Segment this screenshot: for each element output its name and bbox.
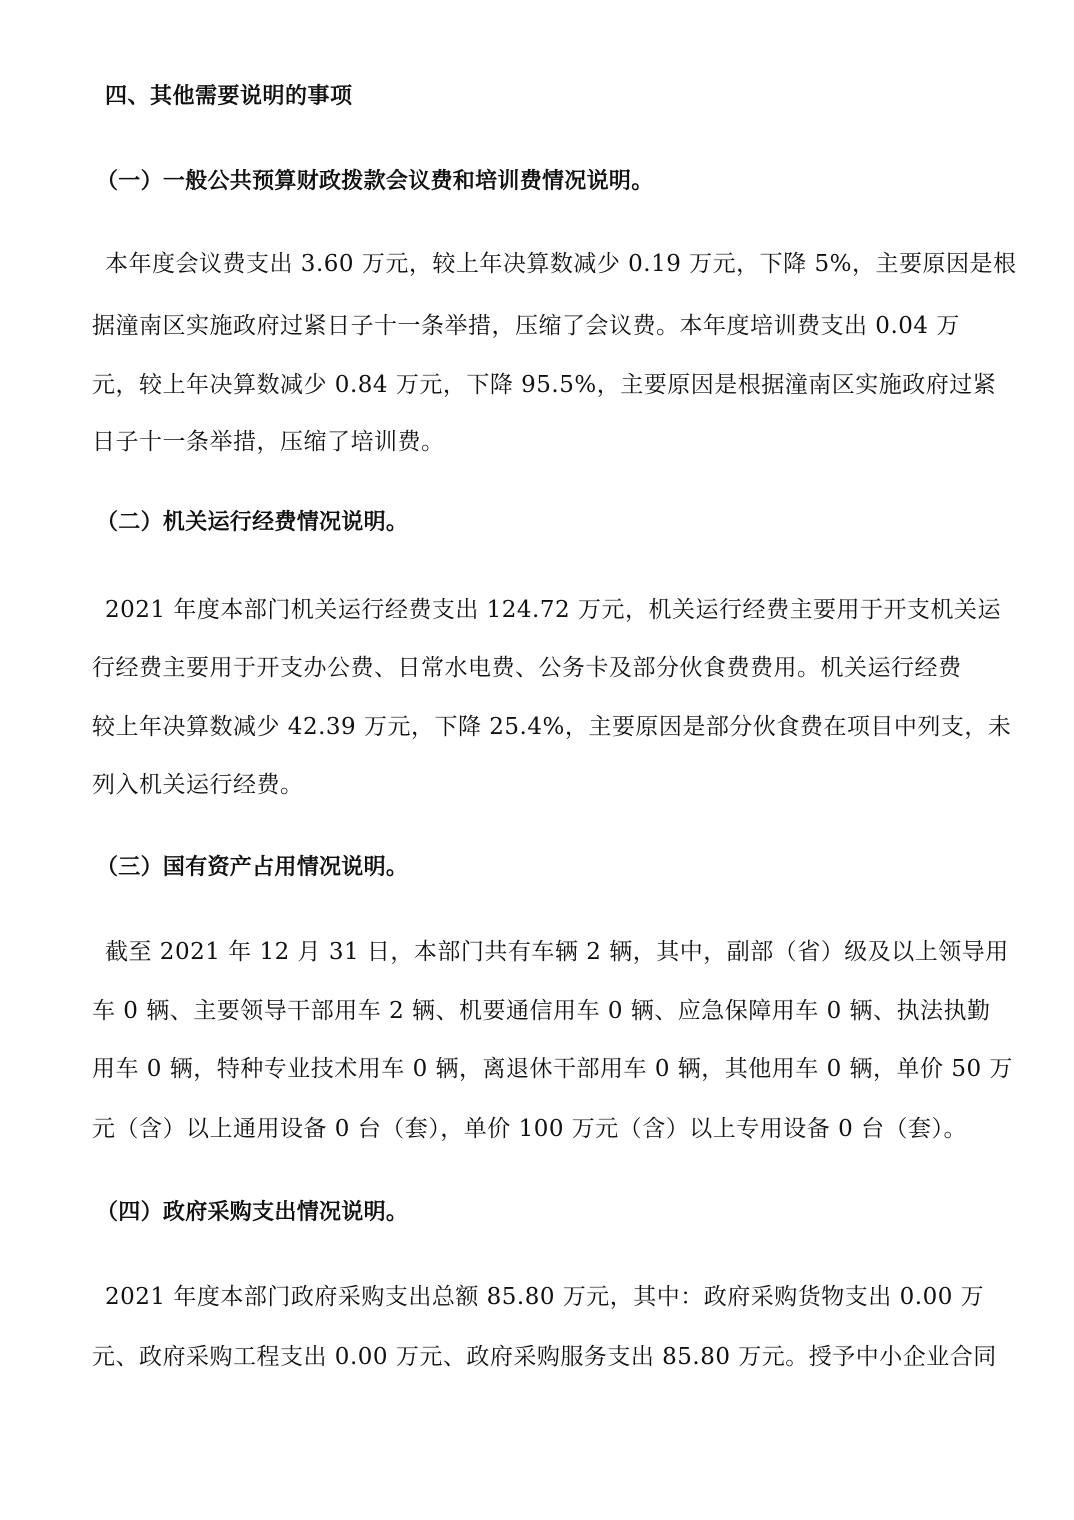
paragraph-line: 车 0 辆、主要领导干部用车 2 辆、机要通信用车 0 辆、应急保障用车 0 辆…	[92, 996, 991, 1026]
paragraph-line: 据潼南区实施政府过紧日子十一条举措，压缩了会议费。本年度培训费支出 0.04 万	[92, 311, 960, 341]
subsection-heading-procurement: （四）政府采购支出情况说明。	[96, 1198, 408, 1228]
paragraph-line: 本年度会议费支出 3.60 万元，较上年决算数减少 0.19 万元，下降 5%，…	[105, 249, 1016, 279]
paragraph-line: 元，较上年决算数减少 0.84 万元，下降 95.5%，主要原因是根据潼南区实施…	[92, 370, 996, 400]
paragraph-line: 行经费主要用于开支办公费、日常水电费、公务卡及部分伙食费费用。机关运行经费	[92, 653, 962, 683]
paragraph-line: 截至 2021 年 12 月 31 日，本部门共有车辆 2 辆，其中，副部（省）…	[105, 937, 1009, 967]
subsection-heading-operating-expenses: （二）机关运行经费情况说明。	[96, 508, 408, 538]
paragraph-line: 2021 年度本部门机关运行经费支出 124.72 万元，机关运行经费主要用于开…	[105, 595, 1001, 625]
subsection-heading-meeting-training: （一）一般公共预算财政拨款会议费和培训费情况说明。	[96, 167, 654, 197]
paragraph-line: 日子十一条举措，压缩了培训费。	[92, 427, 445, 457]
section-title: 四、其他需要说明的事项	[105, 82, 353, 112]
document-page: 四、其他需要说明的事项 （一）一般公共预算财政拨款会议费和培训费情况说明。 本年…	[0, 0, 1074, 1520]
subsection-heading-state-assets: （三）国有资产占用情况说明。	[96, 853, 408, 883]
paragraph-line: 2021 年度本部门政府采购支出总额 85.80 万元，其中：政府采购货物支出 …	[105, 1282, 984, 1312]
paragraph-line: 较上年决算数减少 42.39 万元，下降 25.4%，主要原因是部分伙食费在项目…	[92, 712, 1011, 742]
paragraph-line: 元（含）以上通用设备 0 台（套），单价 100 万元（含）以上专用设备 0 台…	[92, 1114, 967, 1144]
paragraph-line: 用车 0 辆，特种专业技术用车 0 辆，离退休干部用车 0 辆，其他用车 0 辆…	[92, 1054, 1013, 1084]
paragraph-line: 列入机关运行经费。	[92, 770, 304, 800]
paragraph-line: 元、政府采购工程支出 0.00 万元、政府采购服务支出 85.80 万元。授予中…	[92, 1342, 997, 1372]
